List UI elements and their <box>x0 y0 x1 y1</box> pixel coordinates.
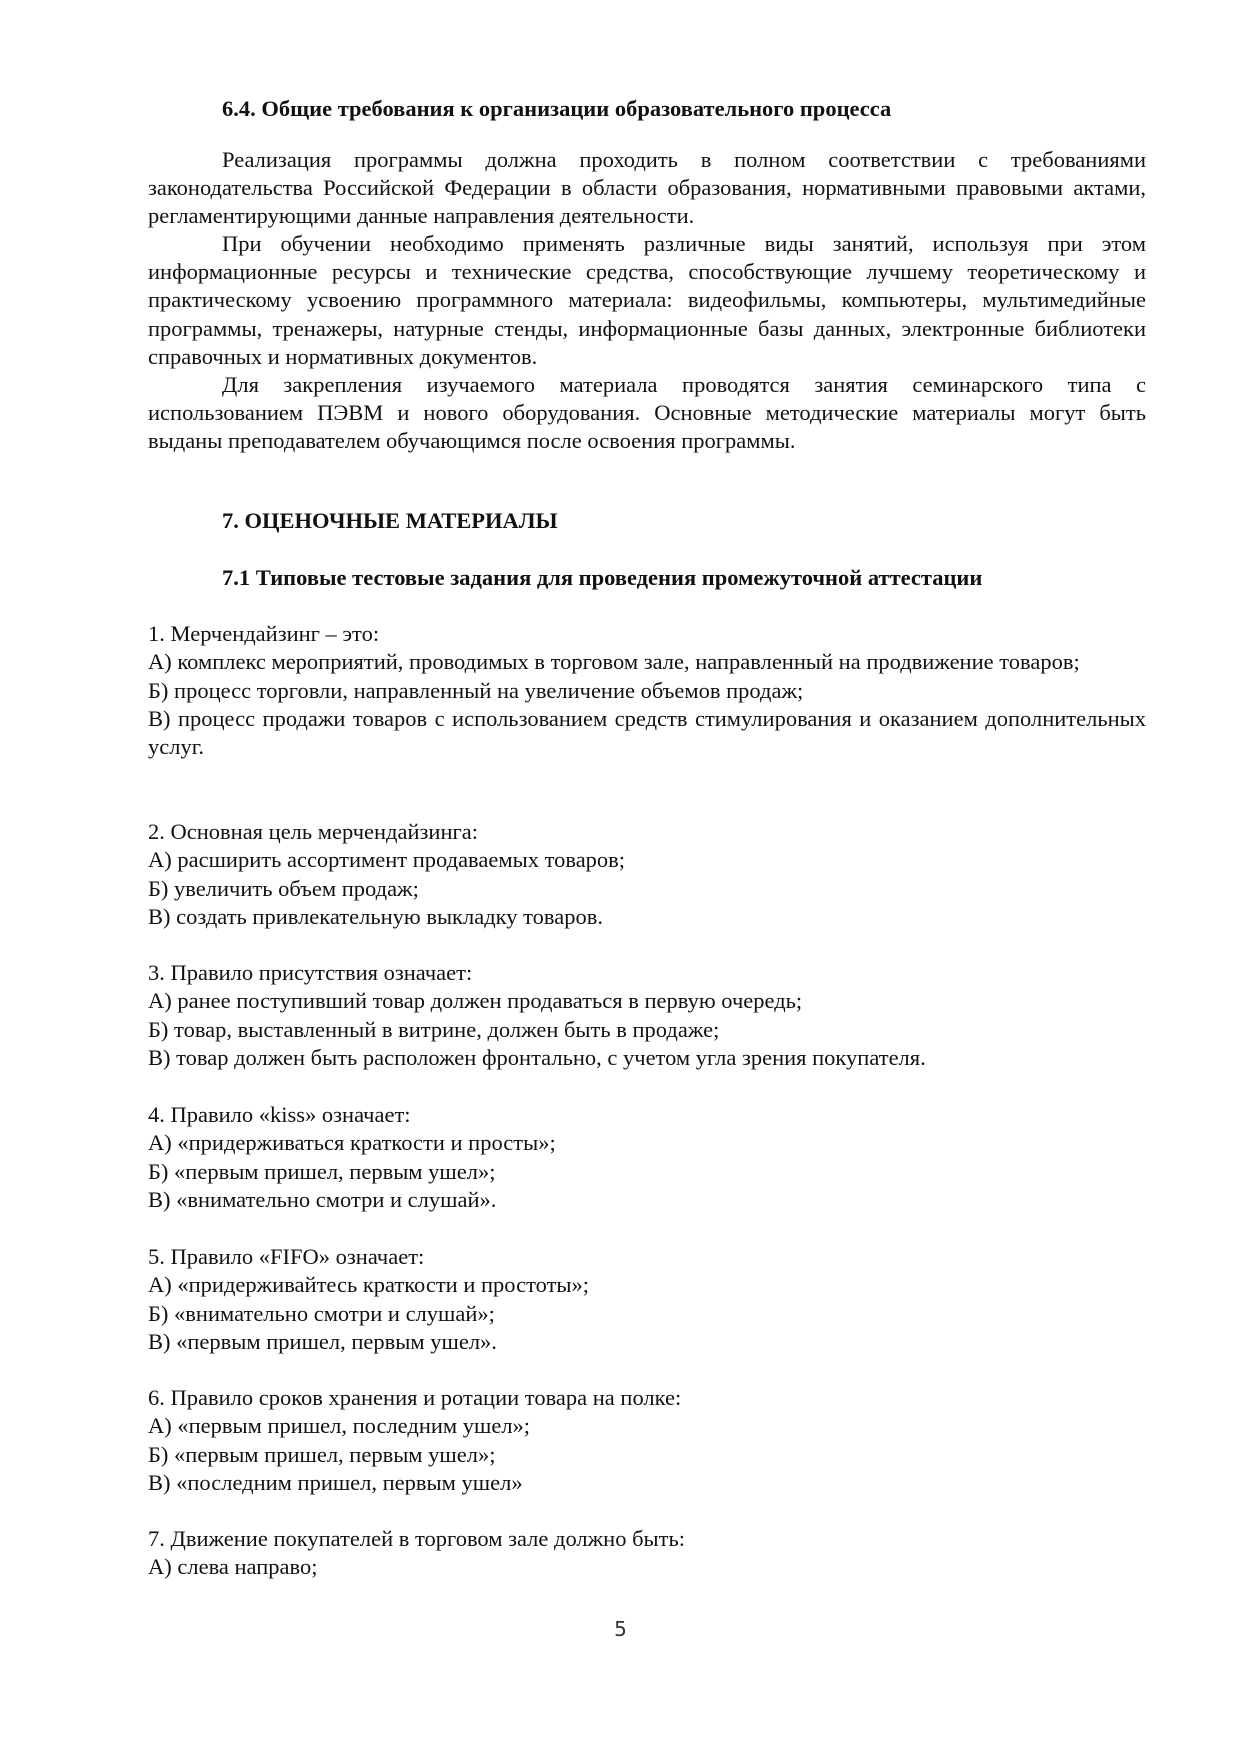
question-text: 4. Правило «kiss» означает: <box>148 1101 1146 1129</box>
answer-option: А) слева направо; <box>148 1553 1146 1581</box>
answer-option: А) расширить ассортимент продаваемых тов… <box>148 846 1146 874</box>
answer-option: А) ранее поступивший товар должен продав… <box>148 987 1146 1015</box>
answer-option: А) «придерживаться краткости и просты»; <box>148 1129 1146 1157</box>
test-question: 3. Правило присутствия означает: А) ране… <box>148 959 1146 1072</box>
subsection-heading-7-1: 7.1 Типовые тестовые задания для проведе… <box>222 565 982 591</box>
answer-option: Б) «первым пришел, первым ушел»; <box>148 1441 1146 1469</box>
answer-option: Б) товар, выставленный в витрине, должен… <box>148 1016 1146 1044</box>
paragraph: При обучении необходимо применять различ… <box>148 230 1146 371</box>
answer-option: А) «первым пришел, последним ушел»; <box>148 1412 1146 1440</box>
section-heading-6-4: 6.4. Общие требования к организации обра… <box>222 96 891 122</box>
question-text: 5. Правило «FIFO» означает: <box>148 1243 1146 1271</box>
answer-option: В) «последним пришел, первым ушел» <box>148 1469 1146 1497</box>
answer-option: А) «придерживайтесь краткости и простоты… <box>148 1271 1146 1299</box>
answer-option: Б) «внимательно смотри и слушай»; <box>148 1300 1146 1328</box>
paragraph: Реализация программы должна проходить в … <box>148 146 1146 231</box>
answer-option: В) создать привлекательную выкладку това… <box>148 903 1146 931</box>
paragraph: Для закрепления изучаемого материала про… <box>148 371 1146 456</box>
section-heading-7: 7. ОЦЕНОЧНЫЕ МАТЕРИАЛЫ <box>222 508 558 534</box>
test-question: 2. Основная цель мерчендайзинга: А) расш… <box>148 818 1146 931</box>
answer-option: В) товар должен быть расположен фронталь… <box>148 1044 1146 1072</box>
page-number: 5 <box>0 1617 1241 1641</box>
question-text: 2. Основная цель мерчендайзинга: <box>148 818 1146 846</box>
test-question: 6. Правило сроков хранения и ротации тов… <box>148 1384 1146 1497</box>
test-question: 5. Правило «FIFO» означает: А) «придержи… <box>148 1243 1146 1356</box>
test-question: 1. Мерчендайзинг – это: А) комплекс меро… <box>148 620 1146 761</box>
test-question: 7. Движение покупателей в торговом зале … <box>148 1525 1146 1582</box>
question-text: 6. Правило сроков хранения и ротации тов… <box>148 1384 1146 1412</box>
test-question: 4. Правило «kiss» означает: А) «придержи… <box>148 1101 1146 1214</box>
answer-option: В) «внимательно смотри и слушай». <box>148 1186 1146 1214</box>
answer-option: В) процесс продажи товаров с использован… <box>148 705 1146 762</box>
question-text: 3. Правило присутствия означает: <box>148 959 1146 987</box>
answer-option: В) «первым пришел, первым ушел». <box>148 1328 1146 1356</box>
answer-option: Б) «первым пришел, первым ушел»; <box>148 1158 1146 1186</box>
question-text: 7. Движение покупателей в торговом зале … <box>148 1525 1146 1553</box>
answer-option: А) комплекс мероприятий, проводимых в то… <box>148 648 1146 676</box>
question-text: 1. Мерчендайзинг – это: <box>148 620 1146 648</box>
answer-option: Б) процесс торговли, направленный на уве… <box>148 677 1146 705</box>
answer-option: Б) увеличить объем продаж; <box>148 875 1146 903</box>
